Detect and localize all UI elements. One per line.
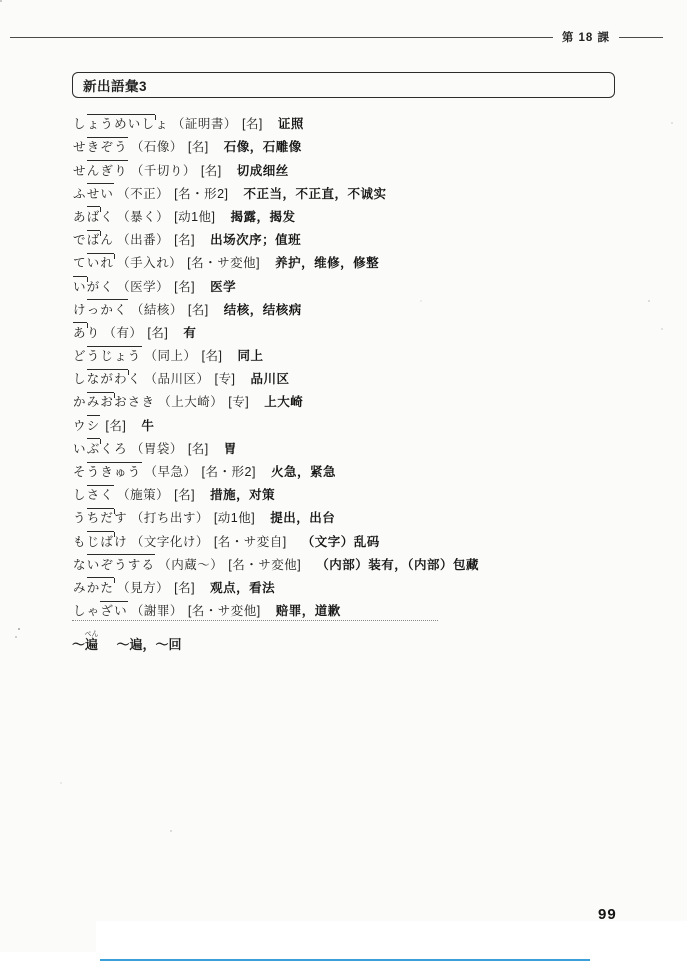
vocab-row: ふせい（不正）[名・形2]不正当，不正直，不诚实 [73,180,633,203]
kanji-notation: （医学） [117,279,169,296]
kana-reading: しながわく [73,368,142,388]
chinese-meaning: 石像，石雕像 [224,139,302,156]
chinese-meaning: 胃 [224,441,237,458]
kana-reading: どうじょう [73,345,142,365]
vocab-row: ないぞうする（内蔵～）[名・サ変他]（内部）装有，（内部）包藏 [73,551,633,574]
kana-reading: ていれ [73,252,114,272]
part-of-speech: [名] [188,139,209,156]
part-of-speech: [名] [105,418,126,435]
dotted-separator [72,620,438,621]
vocab-row: けっかく（結核）[名]结核，结核病 [73,296,633,319]
vocab-row: でばん（出番）[名]出场次序；值班 [73,226,633,249]
part-of-speech: [名・サ変他] [228,557,301,574]
suffix-char: 遍 [85,637,99,652]
part-of-speech: [名] [147,325,168,342]
part-of-speech: [名] [188,302,209,319]
chinese-meaning: 养护，维修，修整 [275,255,379,272]
chinese-meaning: 证照 [278,116,304,133]
vocab-row: ウシ[名]牛 [73,411,633,434]
part-of-speech: [名・サ変他] [188,603,261,620]
kana-reading: そうきゅう [73,461,142,481]
suffix-meaning: ～遍，～回 [117,634,182,653]
vocab-row: いがく（医学）[名]医学 [73,272,633,295]
kana-reading: けっかく [73,299,128,319]
part-of-speech: [名・サ変自] [214,534,287,551]
kana-reading: ウシ [73,415,100,435]
header-rule-left [10,37,553,38]
vocab-row: そうきゅう（早急）[名・形2]火急，紧急 [73,458,633,481]
kana-reading: あばく [73,206,114,226]
vocab-row: せきぞう（石像）[名]石像，石雕像 [73,133,633,156]
part-of-speech: [动1他] [174,209,215,226]
part-of-speech: [名] [188,441,209,458]
kanji-notation: （同上） [145,348,197,365]
kana-reading: しゃざい [73,600,128,620]
header-rule-right [619,37,663,38]
kana-reading: いぶくろ [73,438,128,458]
part-of-speech: [名] [174,232,195,249]
suffix-char-ruby: 遍ぺん [85,637,99,652]
part-of-speech: [名・形2] [202,464,256,481]
vocab-row: ていれ（手入れ）[名・サ変他]养护，维修，修整 [73,249,633,272]
kanji-notation: （有） [103,325,142,342]
kana-reading: もじばけ [73,531,128,551]
kana-reading: せんぎり [73,160,128,180]
section-title: 新出語彙3 [83,75,147,95]
kanji-notation: （手入れ） [117,255,182,272]
chinese-meaning: 出场次序；值班 [210,232,301,249]
kana-reading: かみおおさき [73,391,155,411]
kanji-notation: （胃袋） [131,441,183,458]
vocab-row: いぶくろ（胃袋）[名]胃 [73,435,633,458]
kana-reading: いがく [73,276,114,296]
part-of-speech: [名] [174,487,195,504]
kana-reading: ふせい [73,183,114,203]
chinese-meaning: 上大崎 [264,394,303,411]
chinese-meaning: 医学 [210,279,236,296]
part-of-speech: [专] [215,371,236,388]
kanji-notation: （暴く） [117,209,169,226]
vocab-row: かみおおさき（上大崎）[专]上大崎 [73,388,633,411]
kanji-notation: （不正） [117,186,169,203]
part-of-speech: [名] [174,279,195,296]
kana-reading: せきぞう [73,136,128,156]
vocab-row: しながわく（品川区）[专]品川区 [73,365,633,388]
bottom-scan-overlay [96,921,687,969]
part-of-speech: [名] [242,116,263,133]
part-of-speech: [名] [201,163,222,180]
vocab-row: もじばけ（文字化け）[名・サ変自]（文字）乱码 [73,527,633,550]
bottom-scan-overlay-left [0,952,96,969]
vocab-row: しゃざい（謝罪）[名・サ変他]赔罪，道歉 [73,597,633,620]
blue-underline [100,959,590,961]
vocab-row: しょうめいしょ（証明書）[名]证照 [73,110,633,133]
part-of-speech: [名] [174,580,195,597]
chinese-meaning: 品川区 [250,371,289,388]
vocab-row: どうじょう（同上）[名]同上 [73,342,633,365]
kanji-notation: （結核） [131,302,183,319]
chinese-meaning: 牛 [141,418,154,435]
page-header: 第 18 課 [10,29,663,45]
kanji-notation: （文字化け） [131,534,209,551]
suffix-prefix: ～ [72,637,85,652]
chinese-meaning: 结核，结核病 [224,302,302,319]
vocab-row: みかた（見方）[名]观点，看法 [73,574,633,597]
part-of-speech: [专] [228,394,249,411]
kana-reading: しさく [73,484,114,504]
suffix-note: ～遍ぺん ～遍，～回 [72,631,182,653]
kana-reading: うちだす [73,507,128,527]
kana-reading: しょうめいしょ [73,113,169,133]
kanji-notation: （打ち出す） [131,510,209,527]
part-of-speech: [动1他] [214,510,255,527]
chinese-meaning: 有 [183,325,196,342]
lesson-label: 第 18 課 [562,29,610,45]
vocab-list: しょうめいしょ（証明書）[名]证照せきぞう（石像）[名]石像，石雕像せんぎり（千… [73,110,633,620]
kana-reading: あり [73,322,100,342]
kanji-notation: （千切り） [131,163,196,180]
kanji-notation: （見方） [117,580,169,597]
chinese-meaning: 切成细丝 [237,163,289,180]
kanji-notation: （早急） [145,464,197,481]
part-of-speech: [名] [202,348,223,365]
suffix-furigana: ぺん [85,631,99,638]
kanji-notation: （内蔵～） [158,557,223,574]
vocab-row: しさく（施策）[名]措施，对策 [73,481,633,504]
chinese-meaning: 揭露，揭发 [231,209,296,226]
chinese-meaning: 不正当，不正直，不诚实 [244,186,387,203]
chinese-meaning: 措施，对策 [210,487,275,504]
vocab-row: うちだす（打ち出す）[动1他]提出，出台 [73,504,633,527]
kanji-notation: （出番） [117,232,169,249]
chinese-meaning: 同上 [237,348,263,365]
chinese-meaning: （文字）乱码 [302,534,380,551]
chinese-meaning: 火急，紧急 [271,464,336,481]
chinese-meaning: 观点，看法 [210,580,275,597]
kanji-notation: （品川区） [145,371,210,388]
part-of-speech: [名・サ変他] [187,255,260,272]
suffix-head: ～遍ぺん [72,631,99,653]
chinese-meaning: 赔罪，道歉 [276,603,341,620]
kana-reading: でばん [73,229,114,249]
kanji-notation: （上大崎） [158,394,223,411]
kana-reading: ないぞうする [73,554,155,574]
part-of-speech: [名・形2] [174,186,228,203]
kanji-notation: （証明書） [172,116,237,133]
vocab-row: あり（有）[名]有 [73,319,633,342]
kanji-notation: （石像） [131,139,183,156]
kanji-notation: （謝罪） [131,603,183,620]
scan-noise [0,0,2,2]
section-title-box: 新出語彙3 [72,72,615,98]
chinese-meaning: （内部）装有，（内部）包藏 [316,557,479,574]
vocab-row: せんぎり（千切り）[名]切成细丝 [73,156,633,179]
chinese-meaning: 提出，出台 [270,510,335,527]
kanji-notation: （施策） [117,487,169,504]
kana-reading: みかた [73,577,114,597]
vocab-row: あばく（暴く）[动1他]揭露，揭发 [73,203,633,226]
